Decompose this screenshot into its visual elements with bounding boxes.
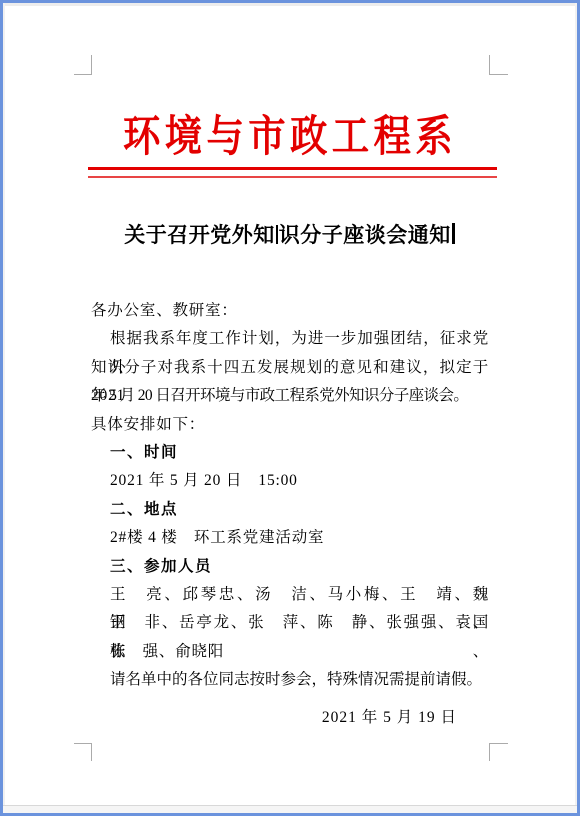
- letterhead-department-name[interactable]: 环境与市政工程系: [40, 106, 539, 160]
- line-intro-4[interactable]: 具体安排如下：: [91, 411, 489, 439]
- page-edge-right: [575, 3, 577, 813]
- line-participants-2[interactable]: 王 非、岳亭龙、张 萍、陈 静、张强强、袁国栋、: [91, 609, 489, 637]
- line-location-value[interactable]: 2#楼 4 楼 环工系党建活动室: [91, 524, 489, 552]
- line-intro-2[interactable]: 知识分子对我系十四五发展规划的意见和建议，拟定于 2021: [91, 354, 489, 382]
- line-time-value[interactable]: 2021 年 5 月 20 日 15:00: [91, 467, 489, 495]
- margin-corner-mark-top-right: [489, 55, 508, 75]
- line-closing-note[interactable]: 请名单中的各位同志按时参会，特殊情况需提前请假。: [91, 666, 489, 694]
- document-date[interactable]: 2021 年 5 月 19 日: [91, 704, 489, 732]
- line-salutation[interactable]: 各办公室、教研室：: [91, 297, 489, 325]
- document-title-part2[interactable]: 识分子座谈会通知: [279, 223, 451, 247]
- heading-location[interactable]: 二、地点: [91, 496, 489, 524]
- line-intro-3[interactable]: 年 5 月 20 日召开环境与市政工程系党外知识分子座谈会。: [91, 382, 489, 410]
- page-edge-bottom: [3, 805, 577, 813]
- line-participants-1[interactable]: 王 亮、邱琴忠、汤 洁、马小梅、王 靖、魏 钢、: [91, 581, 489, 609]
- document-body: 各办公室、教研室： 根据我系年度工作计划，为进一步加强团结，征求党外 知识分子对…: [91, 297, 489, 694]
- document-title[interactable]: 关于召开党外知识分子座谈会通知: [3, 219, 577, 251]
- margin-corner-mark-bottom-right: [489, 743, 508, 761]
- line-intro-1[interactable]: 根据我系年度工作计划，为进一步加强团结，征求党外: [91, 325, 489, 353]
- text-cursor-icon: [276, 225, 278, 244]
- text-cursor-icon: [452, 223, 455, 244]
- margin-corner-mark-top-left: [74, 55, 92, 75]
- heading-participants[interactable]: 三、参加人员: [91, 553, 489, 581]
- margin-corner-mark-bottom-left: [74, 743, 92, 761]
- document-title-part1[interactable]: 关于召开党外知: [124, 223, 275, 247]
- page-edge-left: [3, 3, 5, 813]
- page-edge-top: [3, 3, 577, 6]
- heading-time[interactable]: 一、时间: [91, 439, 489, 467]
- letterhead-rule-bottom: [88, 176, 497, 178]
- letterhead-rule-top: [88, 167, 497, 170]
- document-page: 环境与市政工程系 关于召开党外知识分子座谈会通知 各办公室、教研室： 根据我系年…: [0, 0, 580, 816]
